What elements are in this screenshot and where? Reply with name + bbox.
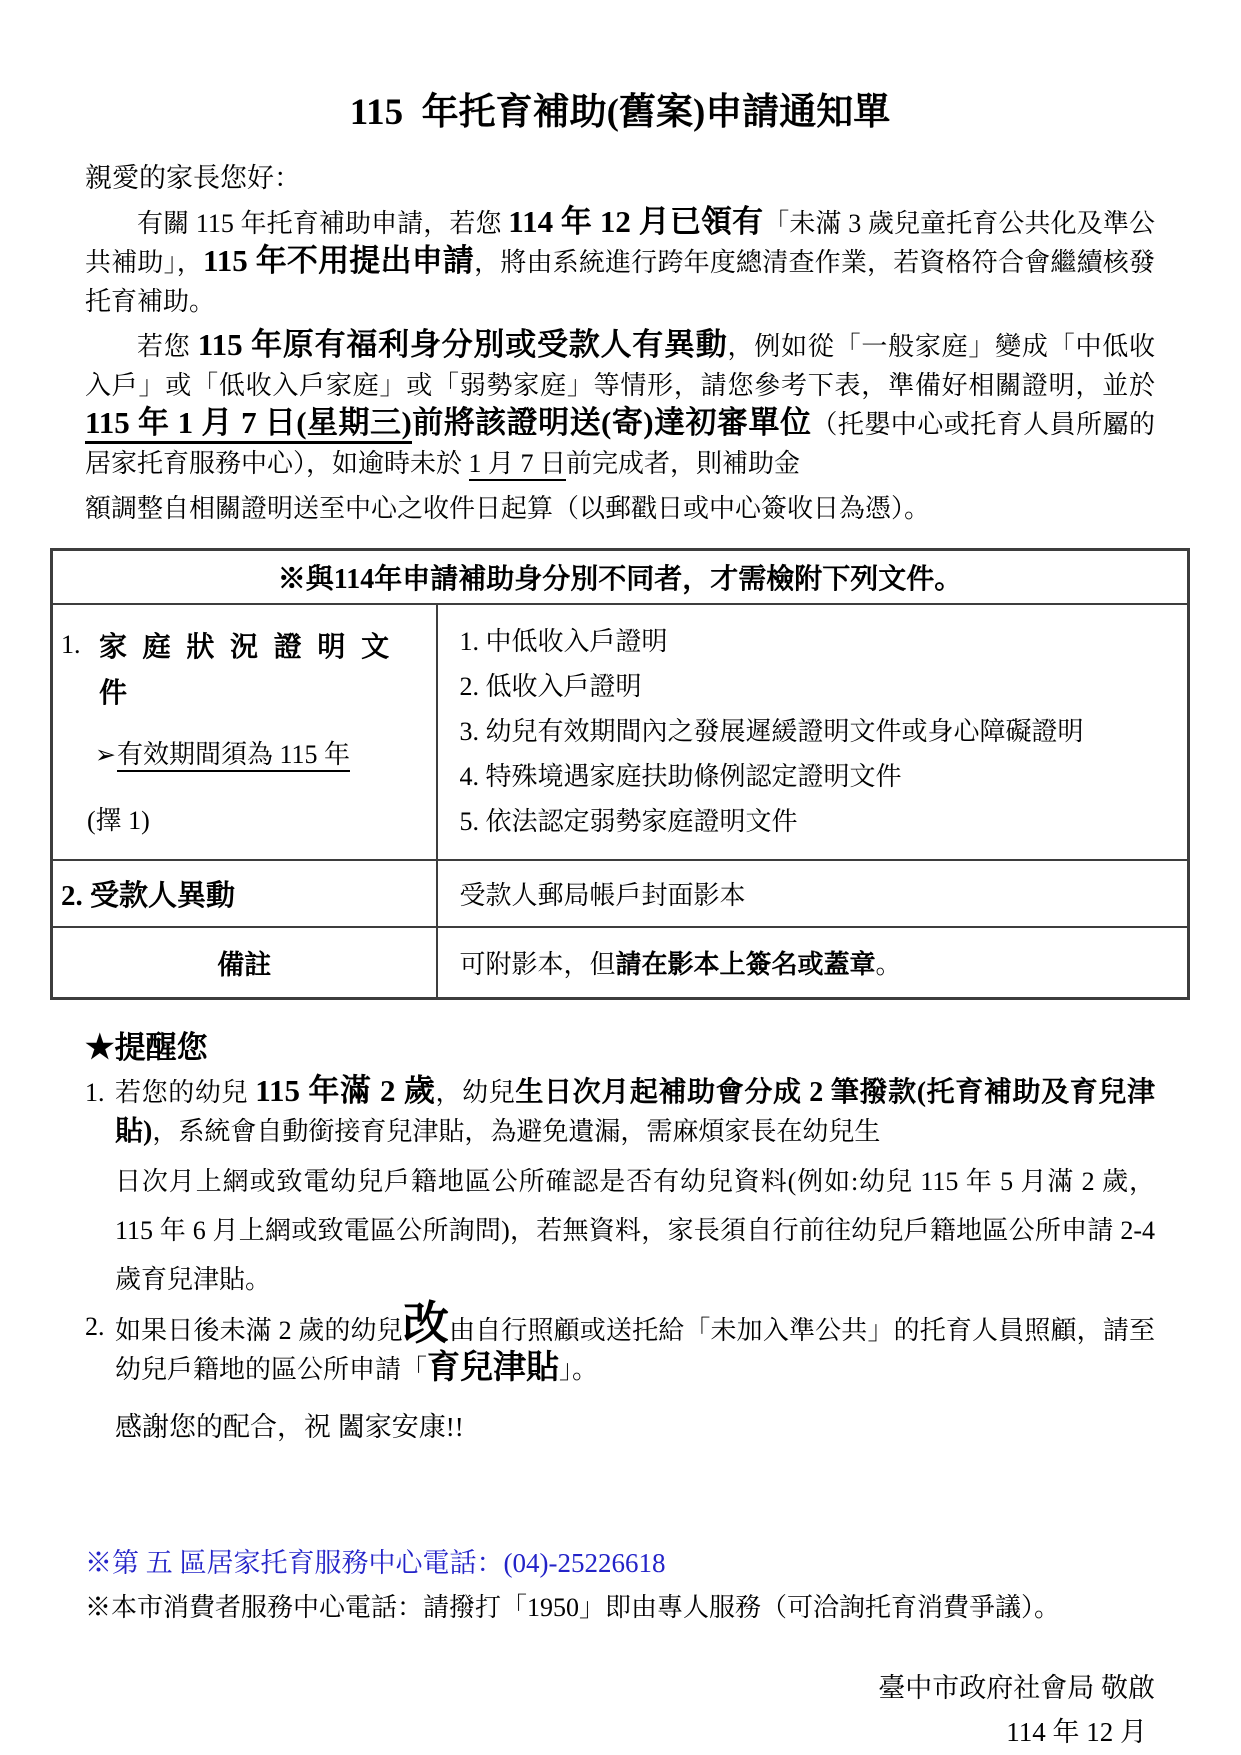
para2-date-underlined: 1 月 7 日 [469,449,567,481]
rem2-allowance-emphasis: 育兒津貼 [427,1350,559,1386]
notes-seg3: 。 [876,950,902,979]
rem1-seg1: 若您的幼兒 [115,1078,255,1107]
docs-list-cell: 1. 中低收入戶證明 2. 低收入戶證明 3. 幼兒有效期間內之發展遲緩證明文件… [437,604,1189,860]
para2-deadline-date: 115 年 1 月 7 日(星期三) [85,405,412,444]
footer-section: ※第 五 區居家托育服務中心電話：(04)-25226618 ※本市消費者服務中… [85,1543,1155,1752]
reminder-item-2: 2. 如果日後未滿 2 歲的幼兒改由自行照顧或送托給「未加入準公共」的托育人員照… [85,1307,1155,1389]
intro-paragraph-3: 額調整自相關證明送至中心之收件日起算（以郵戳日或中心簽收日為憑）。 [85,489,1155,528]
para2-seg1: 若您 [137,332,198,361]
para2-seg8: 前完成者，則補助金 [566,449,800,478]
rem1-seg3: ，幼兒 [436,1078,516,1107]
notes-label-cell: 備註 [52,927,437,999]
para2-emphasis-change: 115 年原有福利身分別或受款人有異動 [198,327,728,362]
reminder-item-1-main: 若您的幼兒 115 年滿 2 歲，幼兒生日次月起補助會分成 2 筆撥款(托育補助… [115,1073,1155,1151]
table-header-cell: ※與114年申請補助身分別不同者，才需檢附下列文件。 [52,550,1189,605]
district-center-phone: ※第 五 區居家托育服務中心電話：(04)-25226618 [85,1543,1155,1583]
family-status-heading: 1. 家庭狀況證明文件 [61,625,424,717]
family-status-number: 1. [61,625,99,717]
reminder-item-1: 1. 若您的幼兒 115 年滿 2 歲，幼兒生日次月起補助會分成 2 筆撥款(托… [85,1073,1155,1304]
thanks-line: 感謝您的配合，祝 闔家安康!! [115,1407,1155,1447]
reminder-heading: ★提醒您 [85,1026,1155,1070]
intro-paragraph-2: 若您 115 年原有福利身分別或受款人有異動，例如從「一般家庭」變成「中低收入戶… [85,327,1155,483]
reminder-item-2-body: 如果日後未滿 2 歲的幼兒改由自行照顧或送托給「未加入準公共」的托育人員照顧，請… [115,1307,1155,1389]
doc-item: 4. 特殊境遇家庭扶助條例認定證明文件 [460,759,1174,795]
family-status-row: 1. 家庭狀況證明文件 ➢有效期間須為 115 年 (擇 1) 1. 中低收入戶… [52,604,1189,860]
para1-emphasis-no-apply: 115 年不用提出申請 [203,243,474,278]
rem2-seg5: 」。 [559,1355,598,1384]
consumer-center-phone: ※本市消費者服務中心電話：請撥打「1950」即由專人服務（可洽詢托育消費爭議）。 [85,1588,1155,1628]
rem1-age-emphasis: 115 年滿 2 歲 [255,1073,435,1108]
greeting-line: 親愛的家長您好： [85,158,1155,198]
intro-section: 親愛的家長您好： 有關 115 年托育補助申請，若您 114 年 12 月已領有… [85,158,1155,528]
validity-text: 有效期間須為 115 年 [117,740,350,772]
notes-sign-emphasis: 請在影本上簽名或蓋章 [616,950,876,979]
doc-item: 5. 依法認定弱勢家庭證明文件 [460,804,1174,840]
reminder-item-1-continuation: 日次月上網或致電幼兒戶籍地區公所確認是否有幼兒資料(例如:幼兒 115 年 5 … [115,1157,1155,1304]
reminder-heading-text: 提醒您 [115,1030,208,1065]
doc-item: 1. 中低收入戶證明 [460,624,1174,660]
intro-paragraph-1: 有關 115 年托育補助申請，若您 114 年 12 月已領有「未滿 3 歲兒童… [85,204,1155,321]
doc-item: 2. 低收入戶證明 [460,669,1174,705]
payee-change-row: 2. 受款人異動 受款人郵局帳戶封面影本 [52,860,1189,927]
notes-content-cell: 可附影本，但請在影本上簽名或蓋章。 [437,927,1189,999]
date-line: 114 年 12 月 [85,1712,1155,1752]
rem1-seg5: ，系統會自動銜接育兒津貼，為避免遺漏，需麻煩家長在幼兒生 [152,1117,880,1146]
para2-emphasis-deliver: 前將該證明送(寄)達初審單位 [412,405,812,440]
requirements-table: ※與114年申請補助身分別不同者，才需檢附下列文件。 1. 家庭狀況證明文件 ➢… [50,548,1190,1000]
payee-change-doc-cell: 受款人郵局帳戶封面影本 [437,860,1189,927]
notes-seg1: 可附影本，但 [460,950,616,979]
arrowhead-icon: ➢ [95,742,116,769]
table-header-row: ※與114年申請補助身分別不同者，才需檢附下列文件。 [52,550,1189,605]
reminder-item-1-number: 1. [85,1073,115,1304]
notice-title: 115 年托育補助(舊案)申請通知單 [50,90,1190,136]
signature-line: 臺中市政府社會局 敬啟 [85,1668,1155,1708]
validity-note: ➢有效期間須為 115 年 [95,737,424,774]
choose-one-note: (擇 1) [87,800,424,837]
payee-change-label-cell: 2. 受款人異動 [52,860,437,927]
notes-row: 備註 可附影本，但請在影本上簽名或蓋章。 [52,927,1189,999]
rem2-change-emphasis: 改 [403,1298,449,1349]
reminder-item-1-body: 若您的幼兒 115 年滿 2 歲，幼兒生日次月起補助會分成 2 筆撥款(托育補助… [115,1073,1155,1304]
doc-item: 3. 幼兒有效期間內之發展遲緩證明文件或身心障礙證明 [460,714,1174,750]
star-icon: ★ [85,1030,115,1066]
family-status-label: 家庭狀況證明文件 [99,625,424,717]
reminder-section: ★提醒您 1. 若您的幼兒 115 年滿 2 歲，幼兒生日次月起補助會分成 2 … [85,1026,1155,1447]
rem2-seg1: 如果日後未滿 2 歲的幼兒 [115,1316,403,1345]
family-status-cell: 1. 家庭狀況證明文件 ➢有效期間須為 115 年 (擇 1) [52,604,437,860]
notice-page: 115 年托育補助(舊案)申請通知單 親愛的家長您好： 有關 115 年托育補助… [0,0,1241,1755]
para1-emphasis-received: 114 年 12 月已領有 [508,204,763,239]
para1-seg1: 有關 115 年托育補助申請，若您 [137,209,508,238]
reminder-item-2-number: 2. [85,1307,115,1389]
